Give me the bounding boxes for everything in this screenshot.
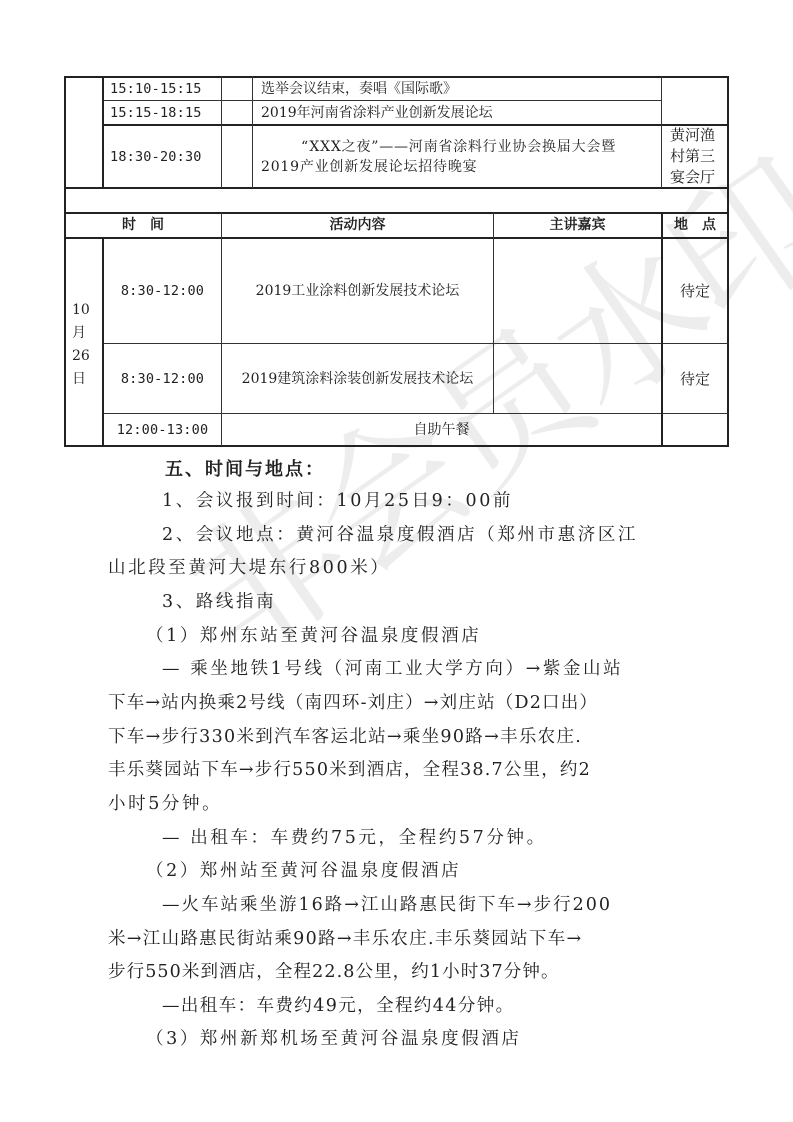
location-line: 宴会厅	[670, 167, 715, 188]
location-line: 黄河渔	[670, 125, 715, 146]
header-speaker: 主讲嘉宾	[494, 213, 661, 237]
table-row-time: 15:10-15:15	[103, 77, 221, 101]
table-row-location: 待定	[663, 238, 727, 344]
paragraph-line: 3、路线指南	[162, 585, 276, 619]
paragraph-line: —出租车：车费约49元，全程约44分钟。	[162, 989, 515, 1023]
table-row-content: 选举会议结束，奏唱《国际歌》	[253, 77, 661, 101]
paragraph-line: （3）郑州新郑机场至黄河谷温泉度假酒店	[146, 1022, 522, 1056]
paragraph-line: 步行550米到酒店，全程22.8公里，约1小时37分钟。	[108, 955, 560, 989]
paragraph-line: （2）郑州站至黄河谷温泉度假酒店	[146, 854, 461, 888]
paragraph-line: 下车→站内换乘2号线（南四环-刘庄）→刘庄站（D2口出）	[108, 686, 598, 720]
table-row-content: “XXX之夜”——河南省涂料行业协会换届大会暨 2019产业创新发展论坛招待晚宴	[253, 125, 661, 188]
table-border-right	[727, 76, 729, 446]
table-row-content: 2019工业涂料创新发展技术论坛	[222, 238, 493, 344]
paragraph-line: 1、会议报到时间：10月25日9：00前	[162, 484, 513, 518]
section-heading: 五、时间与地点：	[165, 455, 325, 481]
table-row-content: 2019年河南省涂料产业创新发展论坛	[253, 101, 661, 125]
paragraph-line: 丰乐葵园站下车→步行550米到酒店，全程38.7公里，约2	[108, 753, 591, 787]
paragraph-line: 2、会议地点：黄河谷温泉度假酒店（郑州市惠济区江	[162, 518, 638, 552]
table-row-location: 待定	[663, 344, 727, 413]
header-content: 活动内容	[222, 213, 493, 237]
table-row-content: 2019建筑涂料涂装创新发展技术论坛	[222, 344, 493, 413]
day-label: 10 月 26 日	[66, 238, 102, 445]
day-label-line: 10	[72, 299, 90, 322]
table-row-speaker	[494, 344, 661, 413]
header-time: 时 间	[65, 213, 221, 237]
content-line: “XXX之夜”——河南省涂料行业协会换届大会暨	[261, 137, 616, 157]
table-border-bottom	[64, 445, 729, 447]
document-page: 非会员水印 15:10-15:15 选举会议结束，奏唱《国际歌》 15:15-1…	[0, 0, 793, 1122]
table-row-time: 12:00-13:00	[104, 414, 221, 445]
table-row-time: 8:30-12:00	[104, 344, 221, 413]
table-row-speaker	[494, 238, 661, 344]
header-location: 地 点	[663, 213, 727, 237]
day-label-line: 26	[72, 345, 90, 368]
col-line	[661, 76, 662, 188]
paragraph-line: 米→江山路惠民街站乘90路→丰乐农庄.丰乐葵园站下车→	[108, 922, 582, 956]
paragraph-line: 小时5分钟。	[108, 787, 222, 821]
paragraph-line: —火车站乘坐游16路→江山路惠民街下车→步行200	[162, 888, 612, 922]
col-line	[221, 76, 222, 188]
table-row-time: 18:30-20:30	[103, 125, 221, 188]
location-line: 村第三	[670, 146, 715, 167]
day-label-line: 月	[72, 322, 86, 345]
table-row-location: 黄河渔 村第三 宴会厅	[663, 125, 727, 188]
table-row-time: 8:30-12:00	[104, 238, 221, 344]
content-line: 2019产业创新发展论坛招待晚宴	[261, 157, 477, 177]
table-row-content: 自助午餐	[222, 414, 661, 445]
paragraph-line: — 乘坐地铁1号线（河南工业大学方向）→紫金山站	[162, 652, 623, 686]
paragraph-line: （1）郑州东站至黄河谷温泉度假酒店	[146, 619, 481, 653]
paragraph-line: 下车→步行330米到汽车客运北站→乘坐90路→丰乐农庄.	[108, 720, 582, 754]
table-row-time: 15:15-18:15	[103, 101, 221, 125]
paragraph-line: — 出租车：车费约75元，全程约57分钟。	[162, 821, 547, 855]
paragraph-line: 山北段至黄河大堤东行800米）	[108, 551, 390, 585]
day-label-line: 日	[72, 368, 86, 391]
